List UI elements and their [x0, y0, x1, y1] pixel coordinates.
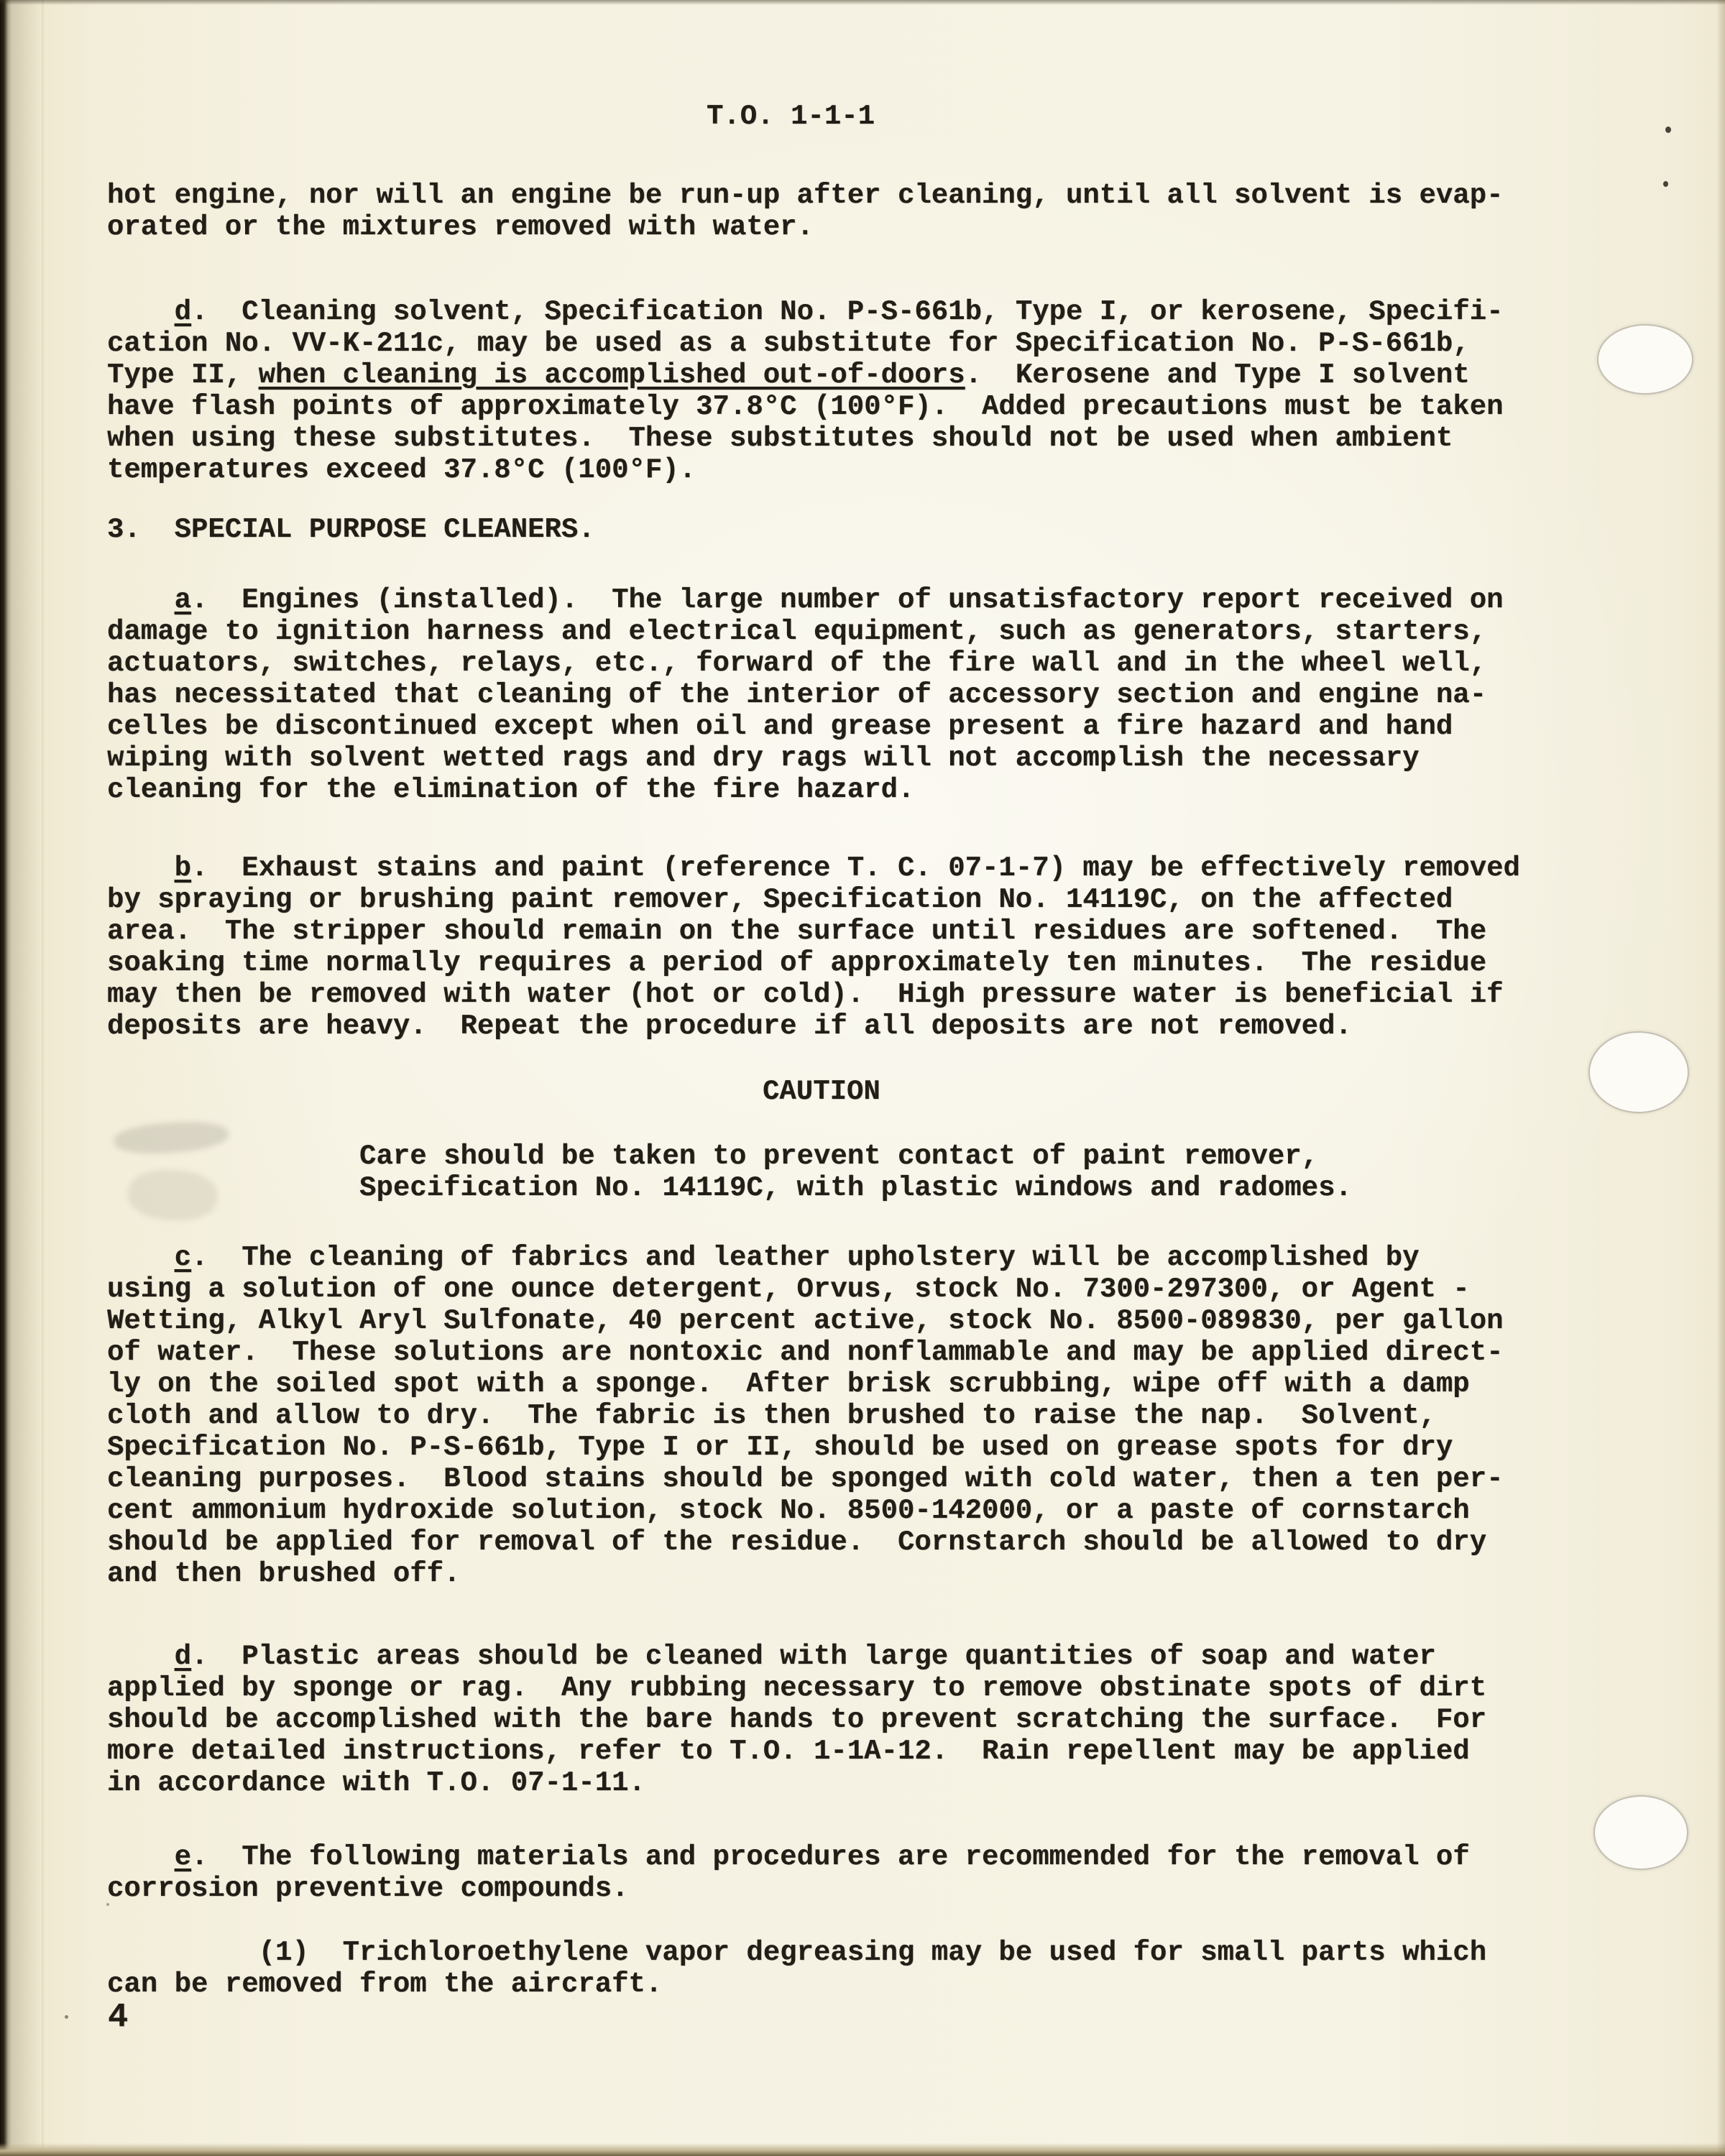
text-line: Specification No. 14119C, with plastic w… [107, 1172, 1352, 1204]
scan-edge-left [0, 0, 11, 2156]
caution-body: Care should be taken to prevent contact … [107, 1141, 1352, 1204]
text-line: actuators, switches, relays, etc., forwa… [107, 648, 1504, 679]
text-line: e. The following materials and procedure… [107, 1841, 1470, 1873]
text-line: of water. These solutions are nontoxic a… [107, 1337, 1504, 1368]
intro-paragraph: hot engine, nor will an engine be run-up… [107, 180, 1504, 243]
text-line: d. Plastic areas should be cleaned with … [107, 1641, 1486, 1672]
text-line: cleaning purposes. Blood stains should b… [107, 1463, 1504, 1495]
text-line: should be accomplished with the bare han… [107, 1704, 1486, 1736]
text-line: cation No. VV-K-211c, may be used as a s… [107, 328, 1504, 359]
text-line: CAUTION [763, 1076, 880, 1107]
text-line: more detailed instructions, refer to T.O… [107, 1736, 1486, 1767]
paragraph-1-trichloroethylene: (1) Trichloroethylene vapor degreasing m… [107, 1937, 1486, 2000]
punch-hole [1593, 1795, 1688, 1870]
text-line: Care should be taken to prevent contact … [107, 1141, 1352, 1172]
text-line: corrosion preventive compounds. [107, 1873, 1470, 1904]
scan-edge-top [0, 0, 1725, 5]
text-line: 4 [108, 2002, 128, 2034]
paragraph-a-engines: a. Engines (installed). The large number… [107, 584, 1504, 806]
text-line: hot engine, nor will an engine be run-up… [107, 180, 1504, 211]
text-line: have flash points of approximately 37.8°… [107, 391, 1504, 423]
paragraph-d-plastic: d. Plastic areas should be cleaned with … [107, 1641, 1486, 1799]
text-line: a. Engines (installed). The large number… [107, 584, 1504, 616]
caution-heading: CAUTION [763, 1076, 880, 1107]
text-line: and then brushed off. [107, 1558, 1504, 1590]
text-line: orated or the mixtures removed with wate… [107, 211, 1504, 243]
text-line: Wetting, Alkyl Aryl Sulfonate, 40 percen… [107, 1305, 1504, 1337]
text-line: celles be discontinued except when oil a… [107, 711, 1504, 742]
text-line: cleaning for the elimination of the fire… [107, 774, 1504, 806]
scan-edge-bottom [0, 2143, 1725, 2156]
paragraph-b-exhaust: b. Exhaust stains and paint (reference T… [107, 852, 1520, 1042]
text-line: cloth and allow to dry. The fabric is th… [107, 1400, 1504, 1432]
text-line: temperatures exceed 37.8°C (100°F). [107, 454, 1504, 486]
ink-speck [1663, 181, 1668, 187]
text-line: in accordance with T.O. 07-1-11. [107, 1767, 1486, 1799]
text-line: Type II, when cleaning is accomplished o… [107, 359, 1504, 391]
text-line: applied by sponge or rag. Any rubbing ne… [107, 1672, 1486, 1704]
text-line: ly on the soiled spot with a sponge. Aft… [107, 1368, 1504, 1400]
text-line: d. Cleaning solvent, Specification No. P… [107, 296, 1504, 328]
text-line: cent ammonium hydroxide solution, stock … [107, 1495, 1504, 1526]
page-number: 4 [108, 2002, 128, 2034]
text-line: deposits are heavy. Repeat the procedure… [107, 1010, 1520, 1042]
text-line: when using these substitutes. These subs… [107, 423, 1504, 454]
document-page: T.O. 1-1-1hot engine, nor will an engine… [0, 0, 1725, 2156]
text-line: b. Exhaust stains and paint (reference T… [107, 852, 1520, 884]
paragraph-c-fabrics: c. The cleaning of fabrics and leather u… [107, 1242, 1504, 1590]
paragraph-e-materials: e. The following materials and procedure… [107, 1841, 1470, 1904]
scan-edge-left-shadow [0, 0, 43, 2156]
section-3-heading: 3. SPECIAL PURPOSE CLEANERS. [107, 514, 595, 545]
header: T.O. 1-1-1 [707, 101, 875, 132]
text-line: using a solution of one ounce detergent,… [107, 1273, 1504, 1305]
ink-speck [1665, 126, 1671, 133]
text-line: Specification No. P-S-661b, Type I or II… [107, 1432, 1504, 1463]
text-line: soaking time normally requires a period … [107, 947, 1520, 979]
text-line: may then be removed with water (hot or c… [107, 979, 1520, 1010]
text-line: can be removed from the aircraft. [107, 1968, 1486, 2000]
text-line: (1) Trichloroethylene vapor degreasing m… [107, 1937, 1486, 1968]
ink-speck [65, 2015, 68, 2019]
text-line: 3. SPECIAL PURPOSE CLEANERS. [107, 514, 595, 545]
text-line: area. The stripper should remain on the … [107, 916, 1520, 947]
punch-hole [1597, 324, 1693, 395]
text-line: by spraying or brushing paint remover, S… [107, 884, 1520, 916]
paragraph-d-solvent: d. Cleaning solvent, Specification No. P… [107, 296, 1504, 486]
text-line: c. The cleaning of fabrics and leather u… [107, 1242, 1504, 1273]
text-line: should be applied for removal of the res… [107, 1526, 1504, 1558]
scan-edge-right [1716, 0, 1725, 2156]
paper-crease [42, 0, 44, 2156]
text-line: damage to ignition harness and electrica… [107, 616, 1504, 648]
text-line: wiping with solvent wetted rags and dry … [107, 742, 1504, 774]
punch-hole [1588, 1031, 1689, 1113]
text-line: T.O. 1-1-1 [707, 101, 875, 132]
text-line: has necessitated that cleaning of the in… [107, 679, 1504, 711]
